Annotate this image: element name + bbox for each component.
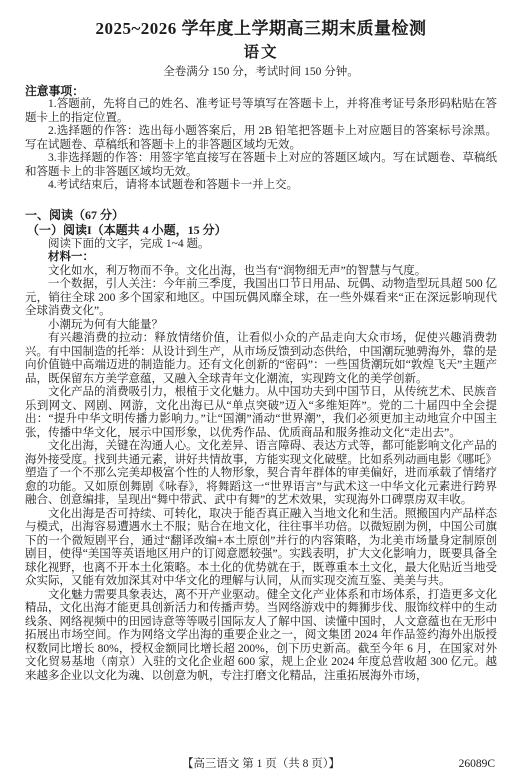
body-paragraph-7: 文化出海是否可持续、可转化，取决于能否真正融入当地文化和生活。照搬国内产品样态与… <box>25 508 497 589</box>
exam-paper-page: 2025~2026 学年度上学期高三期末质量检测 语文 全卷满分 150 分，考… <box>0 0 521 779</box>
notice-block: 注意事项： 1.答题前，先将自己的姓名、准考证号等填写在答题卡上，并将准考证号条… <box>25 84 497 193</box>
body-paragraph-3: 小潮玩为何有大能量？ <box>25 319 497 333</box>
body-paragraph-5: 文化产品的消费吸引力，根植于文化魅力。从中国功夫到中国节日，从传统艺术、民族音乐… <box>25 386 497 440</box>
page-title: 2025~2026 学年度上学期高三期末质量检测 <box>25 18 497 40</box>
notice-item-2: 2.选择题的作答：选出每小题答案后，用 2B 铅笔把答题卡上对应题目的答案标号涂… <box>25 125 497 152</box>
notice-heading: 注意事项： <box>25 84 497 98</box>
footer-page-info: 【高三语文 第 1 页（共 8 页）】 <box>182 758 340 770</box>
material-label: 材料一： <box>25 251 497 265</box>
body-paragraph-6: 文化出海，关键在沟通人心。文化差异、语言障碍、表达方式等，都可能影响文化产品的海… <box>25 440 497 508</box>
subject-title: 语文 <box>25 43 497 63</box>
page-footer: 【高三语文 第 1 页（共 8 页）】 26089C <box>25 758 497 771</box>
reading-section: 一、阅读（67 分） （一）阅读I（本题共 4 小题，15 分） 阅读下面的文字… <box>25 208 497 684</box>
paper-code: 26089C <box>459 758 495 771</box>
section-heading: 一、阅读（67 分） <box>25 208 497 223</box>
body-paragraph-8: 文化魅力需要具象表达，离不开产业驱动。健全文化产业体系和市场体系，打造更多文化精… <box>25 589 497 684</box>
body-paragraph-2: 一个数据，引人关注：今年前三季度，我国出口节日用品、玩偶、动物造型玩具超 500… <box>25 278 497 319</box>
body-paragraph-1: 文化如水，利万物而不争。文化出海，也当有“润物细无声”的智慧与气度。 <box>25 265 497 279</box>
notice-item-3: 3.非选择题的作答：用签字笔直接写在答题卡上对应的答题区域内。写在试题卷、草稿纸… <box>25 152 497 179</box>
score-info: 全卷满分 150 分，考试时间 150 分钟。 <box>25 65 497 80</box>
subsection-heading: （一）阅读I（本题共 4 小题，15 分） <box>25 223 497 238</box>
notice-item-1: 1.答题前，先将自己的姓名、准考证号等填写在答题卡上，并将准考证号条形码粘贴在答… <box>25 98 497 125</box>
body-paragraph-4: 有兴趣消费的拉动：释放情绪价值，让看似小众的产品走向大众市场，促使兴趣消费勃兴。… <box>25 332 497 386</box>
notice-item-4: 4.考试结束后，请将本试题卷和答题卡一并上交。 <box>25 179 497 193</box>
reading-instruction: 阅读下面的文字，完成 1~4 题。 <box>25 238 497 252</box>
